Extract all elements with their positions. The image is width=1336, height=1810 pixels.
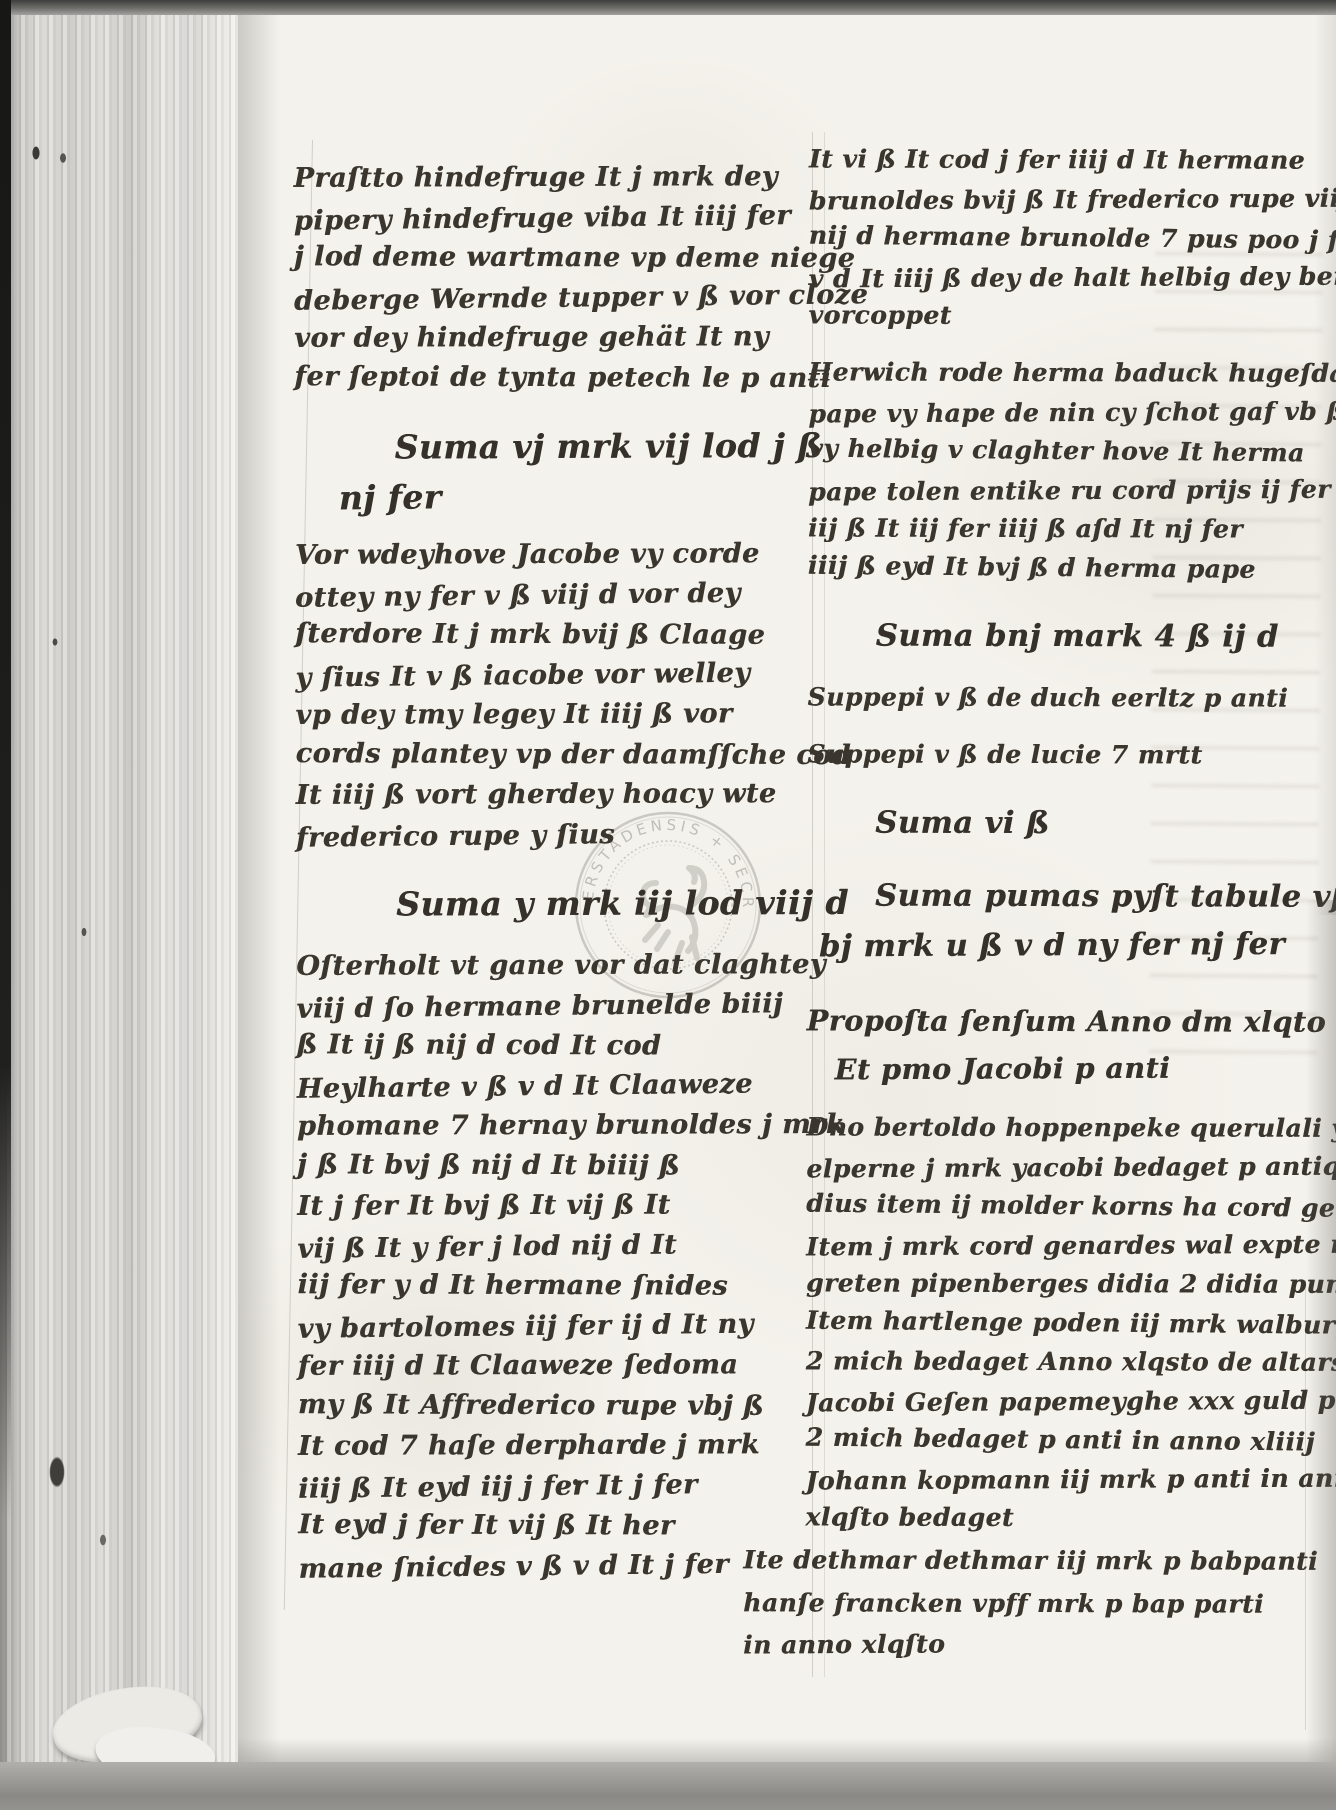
manuscript-line: Praſtto hindefruge It j mrk dey — [294, 157, 776, 199]
manuscript-line: It j fer It bvj ß It vij ß It — [297, 1185, 779, 1227]
manuscript-line: in anno xlqſto — [743, 1622, 1323, 1664]
page-edge-shading — [1306, 900, 1336, 1762]
manuscript-line: pape tolen entike ru cord prijs ij fer — [808, 470, 1326, 512]
manuscript-line: pipery hindefruge viba It iiij fer — [294, 196, 776, 241]
gutter-shadow — [238, 0, 280, 1810]
manuscript-line: ſterdore It j mrk bvij ß Claage — [295, 614, 777, 656]
manuscript-line: ß It ij ß nij d cod It cod — [297, 1025, 779, 1067]
manuscript-line: dius item ij molder korns ha cord geudes — [806, 1184, 1324, 1228]
manuscript-line: It vi ß It cod j fer iiij d It hermane — [809, 139, 1327, 179]
manuscript-line: xlqſto bedaget — [805, 1497, 1323, 1537]
manuscript-line: cords plantey vp der daamſſche cod — [296, 734, 778, 776]
manuscript-line: Ite dethmar dethmar iij mrk p babpanti — [743, 1540, 1323, 1581]
manuscript-line: iij fer y d It hermane ſnides — [297, 1265, 779, 1307]
manuscript-line: bj mrk u ß v d ny fer nj fer — [819, 920, 1325, 971]
manuscript-line: y ſius It v ß iacobe vor welley — [295, 653, 777, 698]
summa-block: Suma vj mrk vij lod j ßnj fer — [294, 422, 776, 520]
manuscript-line: iiij ß It eyd iij j fer It j fer — [298, 1464, 780, 1509]
manuscript-line: pape vy hape de nin cy ſchot gaf vb ß — [808, 392, 1326, 434]
manuscript-line: brunoldes bvij ß It frederico rupe viij … — [809, 179, 1327, 221]
manuscript-line: vorcoppet — [808, 295, 1326, 335]
summa-block: Suma pumas pyſt tabule vßbj mrk u ß v d … — [745, 871, 1325, 969]
manuscript-line: iij ß It iij fer iiij ß aſd It nj fer — [808, 508, 1326, 548]
manuscript-line: Vor wdeyhove Jacobe vy corde — [295, 534, 777, 576]
manuscript-line: Suppepi v ß de duch eerltz p anti — [807, 677, 1325, 717]
manuscript-line: nj fer — [338, 469, 777, 522]
manuscript-line: It cod 7 haſe derpharde j mrk — [298, 1425, 780, 1467]
entry-block: hanſe francken vpff mrk p bap partiin an… — [743, 1583, 1323, 1663]
manuscript-line: ottey ny fer v ß viij d vor dey — [295, 573, 777, 618]
entry-block: Suppepi v ß de lucie 7 mrtt — [745, 734, 1325, 775]
entry-block: Herwich rode herma baduck hugeſdal herma… — [746, 352, 1327, 588]
manuscript-line: frederico rupe y ſius — [296, 813, 778, 858]
manuscript-line: hanſe francken vpff mrk p bap parti — [743, 1583, 1323, 1624]
manuscript-line: v d It iiij ß dey de halt helbig dey ber… — [809, 257, 1327, 299]
manuscript-line: It iiij ß vort gherdey hoacy wte — [296, 774, 778, 816]
entry-block: Ite dethmar dethmar iij mrk p babpanti — [743, 1540, 1323, 1581]
entry-block: It vi ß It cod j fer iiij d It hermanebr… — [746, 139, 1327, 336]
entry-block: Oſterholt vt gane vor dat claghteyviij d… — [296, 945, 780, 1587]
page-edge-shading — [1314, 15, 1336, 915]
summa-block: Suma vi ß — [745, 798, 1325, 848]
manuscript-line: j lod deme wartmane vp deme niege — [294, 237, 776, 279]
manuscript-line: Jacobi Geſen papemeyghe xxx guld paſa — [806, 1381, 1324, 1423]
text-column-right: It vi ß It cod j fer iiij d It hermanebr… — [743, 139, 1327, 1663]
manuscript-line: Suma pumas pyſt tabule vß — [875, 872, 1325, 921]
text-column-left: Praſtto hindefruge It j mrk deypipery hi… — [293, 141, 780, 1587]
manuscript-line: Suma y mrk iij lod viij d — [396, 879, 778, 928]
summa-block: Suma bnj mark 4 ß ij d — [746, 611, 1326, 661]
manuscript-line: vp dey tmy legey It iiij ß vor — [295, 694, 777, 736]
manuscript-line: Johann kopmann iij mrk p anti in anno — [805, 1459, 1323, 1501]
manuscript-line: phomane 7 hernay brunoldes j mrk — [297, 1105, 779, 1147]
manuscript-line: Suma bnj mark 4 ß ij d — [876, 612, 1326, 661]
manuscript-line: 2 mich bedaget Anno xlqsto de altars ß — [806, 1341, 1324, 1381]
manuscript-line: elperne j mrk yacobi bedaget p antiqs — [806, 1147, 1324, 1189]
manuscript-line: Suma vj mrk vij lod j ß — [394, 422, 776, 471]
manuscript-line: vy helbig v claghter hove It herma — [808, 429, 1326, 473]
entry-block: Praſtto hindefruge It j mrk deypipery hi… — [294, 157, 777, 399]
manuscript-line: vor dey hindefruge gehät It ny — [294, 317, 776, 359]
manuscript-line: greten pipenberges didia 2 didia puncip — [806, 1263, 1324, 1303]
manuscript-line: vij ß It y fer j lod nij d It — [297, 1224, 779, 1269]
manuscript-line: viij d ſo hermane brunelde biiij — [296, 984, 778, 1029]
manuscript-line: Oſterholt vt gane vor dat claghtey — [296, 945, 778, 987]
book-binding-page-edges — [0, 0, 238, 1810]
manuscript-line: Suma vi ß — [875, 799, 1325, 848]
manuscript-line: Item hartlenge poden iij mrk walburgs — [806, 1301, 1324, 1345]
manuscript-line: nij d hermane brunolde 7 pus poo j fer — [809, 216, 1327, 260]
scan-edge-top — [0, 0, 1336, 15]
manuscript-line: j ß It bvj ß nij d It biiij ß — [297, 1145, 779, 1187]
manuscript-line: It eyd j fer It vij ß It her — [298, 1505, 780, 1547]
manuscript-line: mane ſnicdes v ß v d It j fer — [298, 1544, 780, 1589]
summa-block: Suma y mrk iij lod viij d — [296, 879, 778, 929]
manuscript-line: 2 mich bedaget p anti in anno xliiij — [805, 1418, 1323, 1462]
scan-edge-left — [0, 0, 11, 1520]
page-bottom-edge — [238, 1738, 1336, 1762]
entry-block: Dno bertoldo hoppenpeke querulali yn nic… — [743, 1107, 1324, 1538]
manuscript-scan: ERSTADENSIS + SECR Praſtto hindefruge It… — [0, 0, 1336, 1810]
scan-edge-bottom — [0, 1762, 1336, 1810]
manuscript-line: Herwich rode herma baduck hugeſdal herma — [808, 352, 1326, 392]
manuscript-line: fer ſeptoi de tynta petech le p anti — [294, 357, 776, 399]
heading-block: Propoſta ſenſum Anno dm xlqtoEt pmo Jaco… — [745, 997, 1325, 1091]
manuscript-line: Dno bertoldo hoppenpeke querulali yn nic… — [806, 1107, 1324, 1147]
manuscript-line: fer iiij d It Claaweze ſedoma — [298, 1345, 780, 1387]
manuscript-line: iiij ß eyd It bvj ß d herma pape — [808, 546, 1326, 590]
manuscript-line: Item j mrk cord genardes wal expte mar — [806, 1225, 1324, 1267]
manuscript-line: deberge Wernde tupper v ß vor cloze — [294, 276, 776, 321]
entry-block: Suppepi v ß de duch eerltz p anti — [745, 677, 1325, 718]
entry-block: Vor wdeyhove Jacobe vy cordeottey ny fer… — [295, 534, 778, 856]
manuscript-line: Suppepi v ß de lucie 7 mrtt — [807, 734, 1325, 774]
manuscript-line: Et pmo Jacobi p anti — [834, 1044, 1324, 1093]
manuscript-line: my ß It Affrederico rupe vbj ß — [298, 1385, 780, 1427]
manuscript-line: Propoſta ſenſum Anno dm xlqto — [807, 997, 1325, 1044]
manuscript-line: Heylharte v ß v d It Claaweze — [297, 1064, 779, 1109]
manuscript-line: vy bartolomes iij fer ij d It ny — [297, 1304, 779, 1349]
